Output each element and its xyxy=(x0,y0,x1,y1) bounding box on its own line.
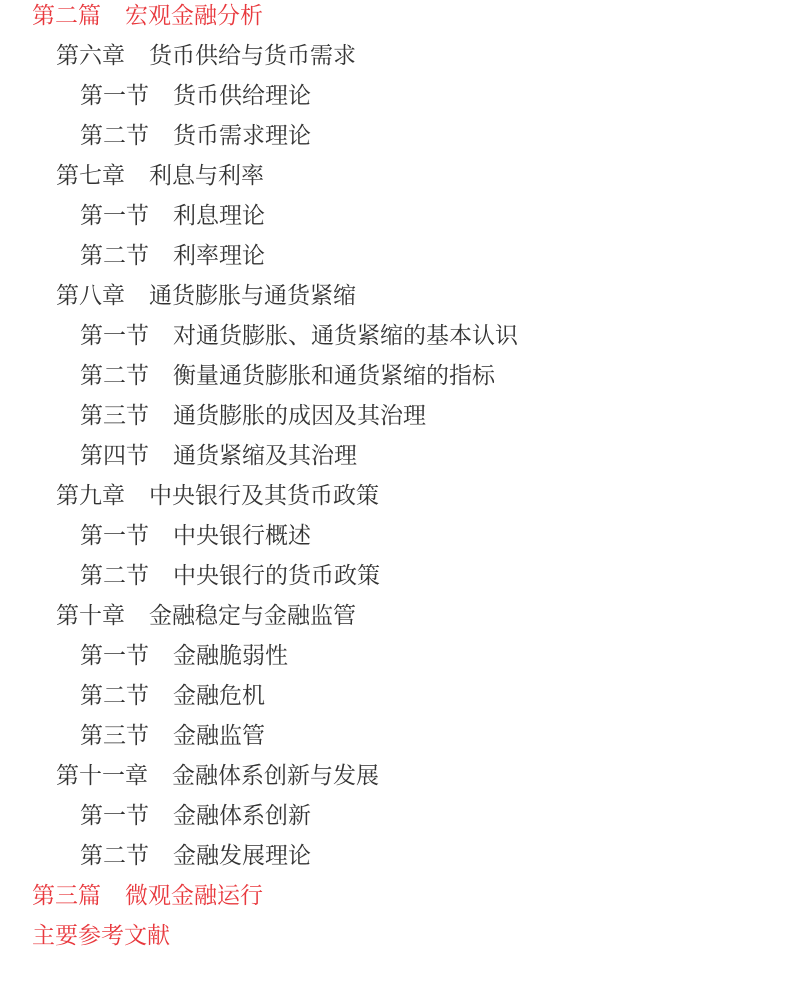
toc-entry-number: 第六章 xyxy=(56,40,125,72)
toc-entry-title: 金融发展理论 xyxy=(173,843,311,869)
toc-entry-number: 第十一章 xyxy=(56,760,148,792)
toc-entry-number: 第二节 xyxy=(80,360,149,392)
toc-entry-number: 第八章 xyxy=(56,280,125,312)
toc-section-link[interactable]: 第二节中央银行的货币政策 xyxy=(0,560,790,600)
toc-section-link[interactable]: 第一节中央银行概述 xyxy=(0,520,790,560)
toc-entry-number: 第四节 xyxy=(80,440,149,472)
toc-entry-number: 第十章 xyxy=(56,600,125,632)
toc-chapter-link[interactable]: 第十一章金融体系创新与发展 xyxy=(0,760,790,800)
toc-entry-title: 主要参考文献 xyxy=(32,923,170,949)
toc-chapter-link[interactable]: 第八章通货膨胀与通货紧缩 xyxy=(0,280,790,320)
toc-entry-title: 中央银行概述 xyxy=(173,523,311,549)
toc-entry-title: 货币供给理论 xyxy=(173,83,311,109)
toc-entry-number: 第二节 xyxy=(80,680,149,712)
toc-part-link[interactable]: 第二篇宏观金融分析 xyxy=(0,0,790,40)
toc-part-link[interactable]: 主要参考文献 xyxy=(0,920,790,960)
toc-chapter-link[interactable]: 第十章金融稳定与金融监管 xyxy=(0,600,790,640)
toc-chapter-link[interactable]: 第七章利息与利率 xyxy=(0,160,790,200)
toc-entry-title: 金融危机 xyxy=(173,683,265,709)
toc-section-link[interactable]: 第二节金融发展理论 xyxy=(0,840,790,880)
toc-entry-number: 第三节 xyxy=(80,720,149,752)
toc-section-link[interactable]: 第三节通货膨胀的成因及其治理 xyxy=(0,400,790,440)
toc-entry-title: 中央银行的货币政策 xyxy=(173,563,380,589)
toc-entry-title: 微观金融运行 xyxy=(125,883,263,909)
toc-section-link[interactable]: 第二节衡量通货膨胀和通货紧缩的指标 xyxy=(0,360,790,400)
toc-entry-title: 衡量通货膨胀和通货紧缩的指标 xyxy=(173,363,495,389)
toc-entry-title: 金融脆弱性 xyxy=(173,643,288,669)
toc-section-link[interactable]: 第二节利率理论 xyxy=(0,240,790,280)
toc-section-link[interactable]: 第一节金融脆弱性 xyxy=(0,640,790,680)
toc-chapter-link[interactable]: 第六章货币供给与货币需求 xyxy=(0,40,790,80)
toc-entry-number: 第九章 xyxy=(56,480,125,512)
toc-entry-number: 第二节 xyxy=(80,560,149,592)
toc-entry-title: 通货膨胀与通货紧缩 xyxy=(149,283,356,309)
toc-entry-number: 第一节 xyxy=(80,640,149,672)
toc-entry-title: 宏观金融分析 xyxy=(125,3,263,29)
toc-entry-number: 第三篇 xyxy=(32,880,101,912)
toc-entry-number: 第二节 xyxy=(80,240,149,272)
toc-entry-title: 金融稳定与金融监管 xyxy=(149,603,356,629)
toc-entry-title: 利息理论 xyxy=(173,203,265,229)
toc-entry-title: 中央银行及其货币政策 xyxy=(149,483,379,509)
toc-entry-number: 第二篇 xyxy=(32,0,101,32)
toc-entry-number: 第二节 xyxy=(80,120,149,152)
toc-section-link[interactable]: 第一节利息理论 xyxy=(0,200,790,240)
toc-entry-title: 利息与利率 xyxy=(149,163,264,189)
toc-entry-title: 通货膨胀的成因及其治理 xyxy=(173,403,426,429)
toc-part-link[interactable]: 第三篇微观金融运行 xyxy=(0,880,790,920)
toc-entry-title: 金融体系创新 xyxy=(173,803,311,829)
toc-section-link[interactable]: 第一节货币供给理论 xyxy=(0,80,790,120)
toc-entry-title: 金融体系创新与发展 xyxy=(172,763,379,789)
toc-section-link[interactable]: 第四节通货紧缩及其治理 xyxy=(0,440,790,480)
toc-section-link[interactable]: 第一节对通货膨胀、通货紧缩的基本认识 xyxy=(0,320,790,360)
toc-entry-title: 对通货膨胀、通货紧缩的基本认识 xyxy=(173,323,518,349)
toc-section-link[interactable]: 第三节金融监管 xyxy=(0,720,790,760)
toc-section-link[interactable]: 第一节金融体系创新 xyxy=(0,800,790,840)
toc-entry-number: 第一节 xyxy=(80,200,149,232)
toc-entry-title: 货币需求理论 xyxy=(173,123,311,149)
toc-entry-number: 第二节 xyxy=(80,840,149,872)
toc-entry-title: 利率理论 xyxy=(173,243,265,269)
toc-section-link[interactable]: 第二节货币需求理论 xyxy=(0,120,790,160)
table-of-contents: 第二篇宏观金融分析第六章货币供给与货币需求第一节货币供给理论第二节货币需求理论第… xyxy=(0,0,790,960)
toc-entry-title: 货币供给与货币需求 xyxy=(149,43,356,69)
toc-entry-number: 第一节 xyxy=(80,320,149,352)
toc-entry-title: 通货紧缩及其治理 xyxy=(173,443,357,469)
toc-entry-number: 第一节 xyxy=(80,80,149,112)
toc-section-link[interactable]: 第二节金融危机 xyxy=(0,680,790,720)
toc-chapter-link[interactable]: 第九章中央银行及其货币政策 xyxy=(0,480,790,520)
toc-entry-number: 第一节 xyxy=(80,800,149,832)
toc-entry-number: 第一节 xyxy=(80,520,149,552)
toc-entry-number: 第七章 xyxy=(56,160,125,192)
toc-entry-title: 金融监管 xyxy=(173,723,265,749)
toc-entry-number: 第三节 xyxy=(80,400,149,432)
